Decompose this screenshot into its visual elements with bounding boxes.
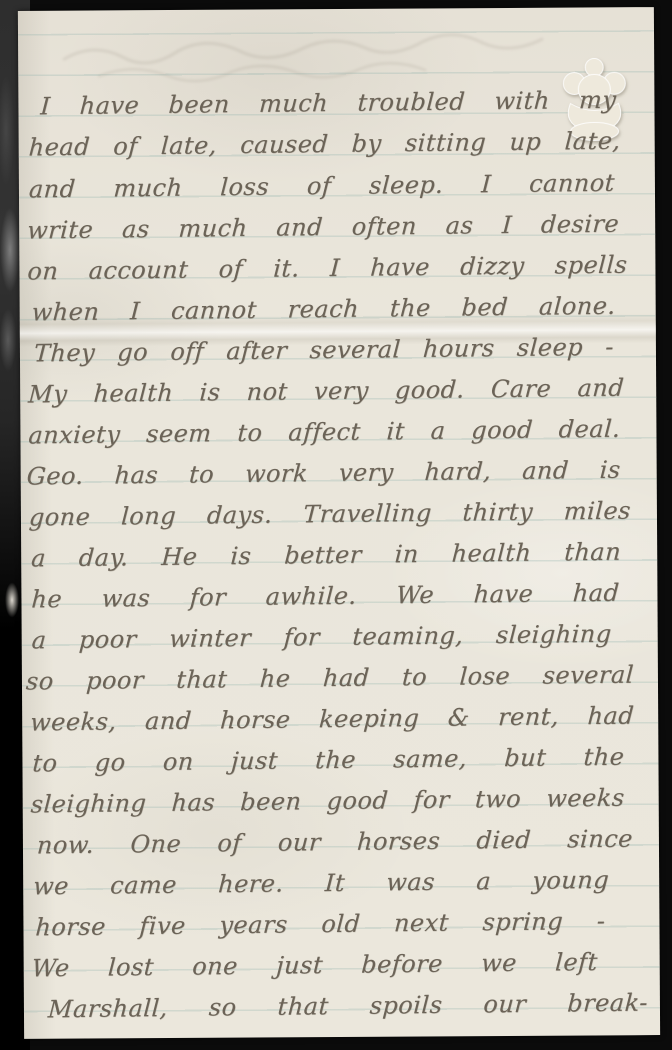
scanned-letter-screenshot: { "document": { "kind": "scanned handwri… [0, 0, 672, 1050]
bleedthrough-ghost-writing [58, 21, 618, 84]
letter-page: I have been much troubled with my head o… [18, 7, 660, 1039]
